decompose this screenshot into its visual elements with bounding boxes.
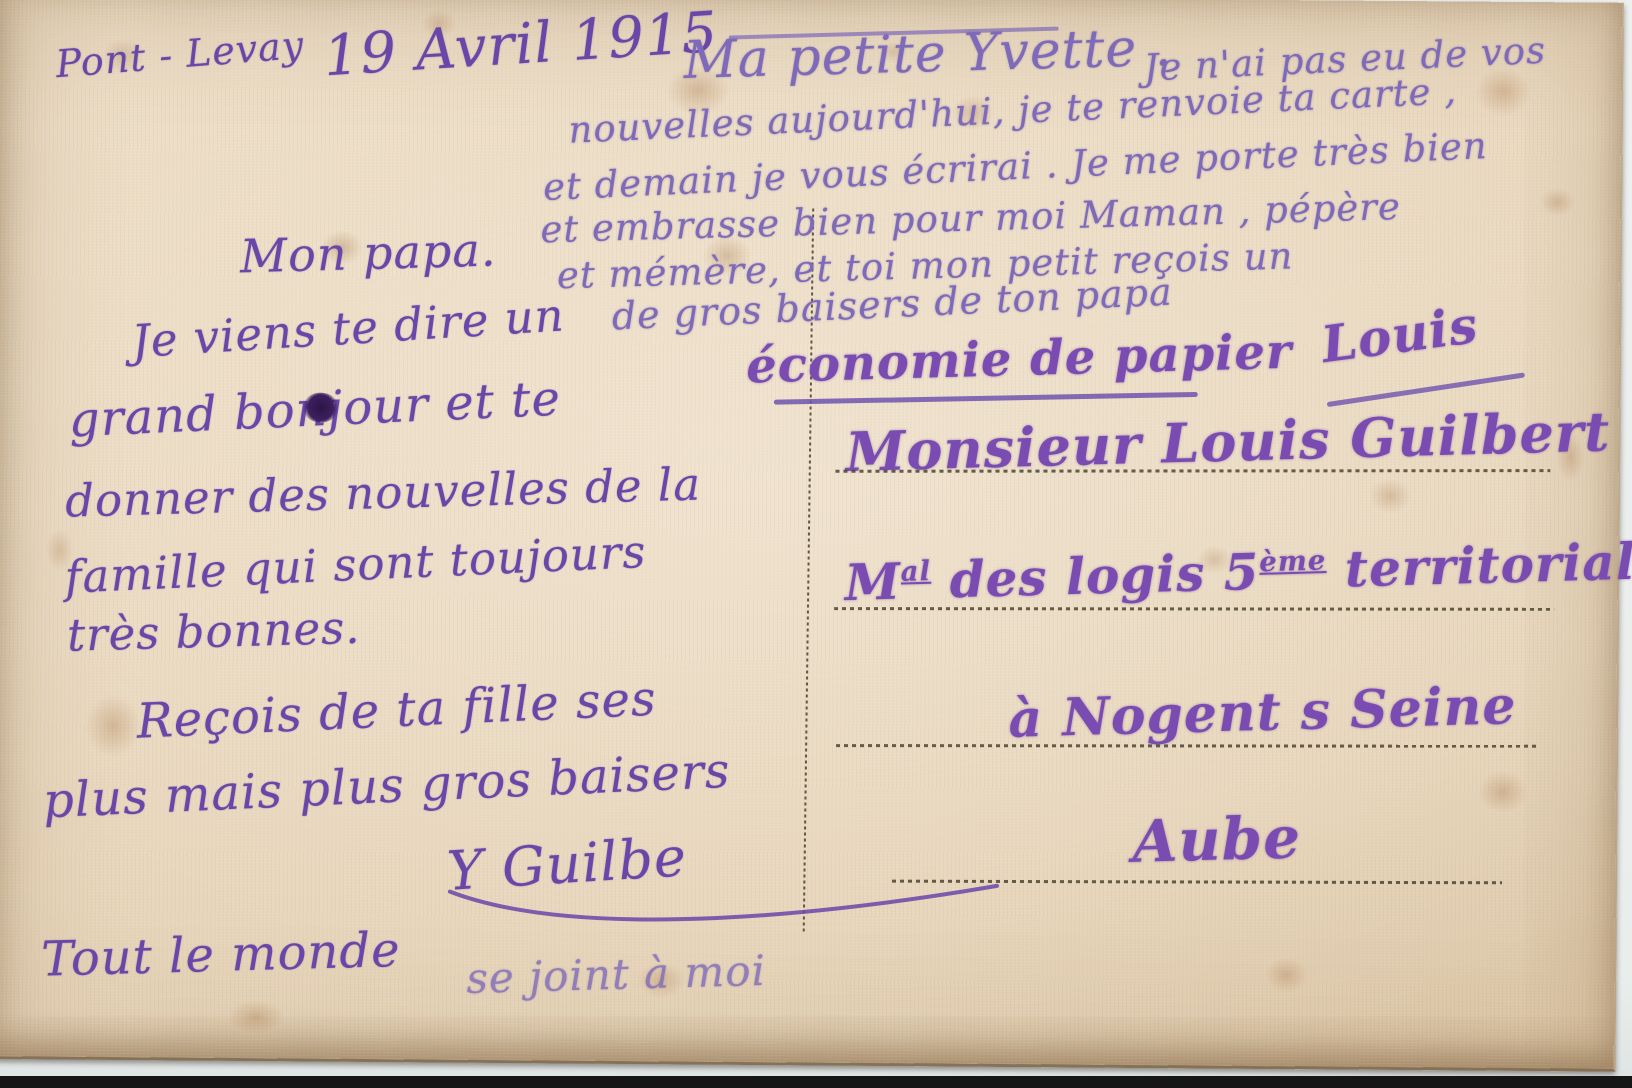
economy-note: économie de papier <box>746 327 1293 392</box>
postcard: Pont - Levay 19 Avril 1915 Ma petite Yve… <box>0 0 1624 1072</box>
address-line-2-sup1: al <box>900 555 931 588</box>
right-signature: Louis <box>1319 299 1482 372</box>
address-line-2-mid: des logis 5 <box>930 542 1260 610</box>
left-line-7: plus mais plus gros baisers <box>42 746 731 827</box>
address-line-2-sup2: ème <box>1259 544 1327 578</box>
left-line-4: famille qui sont toujours <box>64 528 648 601</box>
scanner-edge-shadow <box>0 1076 1632 1088</box>
address-line-4: Aube <box>1132 807 1302 872</box>
right-salutation: Ma petite Yvette . <box>683 21 1173 89</box>
address-line-3: à Nogent s Seine <box>1008 679 1517 747</box>
left-line-3: donner des nouvelles de la <box>65 460 702 524</box>
ink-blot <box>303 392 339 422</box>
dateline-date: 19 Avril 1915 <box>322 4 720 87</box>
postscript-2: se joint à moi <box>466 949 767 1001</box>
address-line-2-m: M <box>844 552 902 613</box>
economy-underline <box>774 392 1198 405</box>
left-line-1: Je viens te dire un <box>130 291 566 365</box>
address-rule-1 <box>835 469 1550 473</box>
address-rule-2 <box>834 607 1554 611</box>
dateline-place: Pont - Levay <box>54 26 305 86</box>
left-line-6: Reçois de ta fille ses <box>135 674 657 747</box>
address-line-2: Mal des logis 5ème territoriale <box>844 535 1632 610</box>
address-rule-3 <box>836 744 1536 748</box>
left-line-5: très bonnes. <box>66 604 361 659</box>
left-salutation: Mon papa. <box>239 225 497 280</box>
postscript-1: Tout le monde <box>41 925 401 985</box>
address-line-2-rest: territoriale <box>1326 531 1632 599</box>
